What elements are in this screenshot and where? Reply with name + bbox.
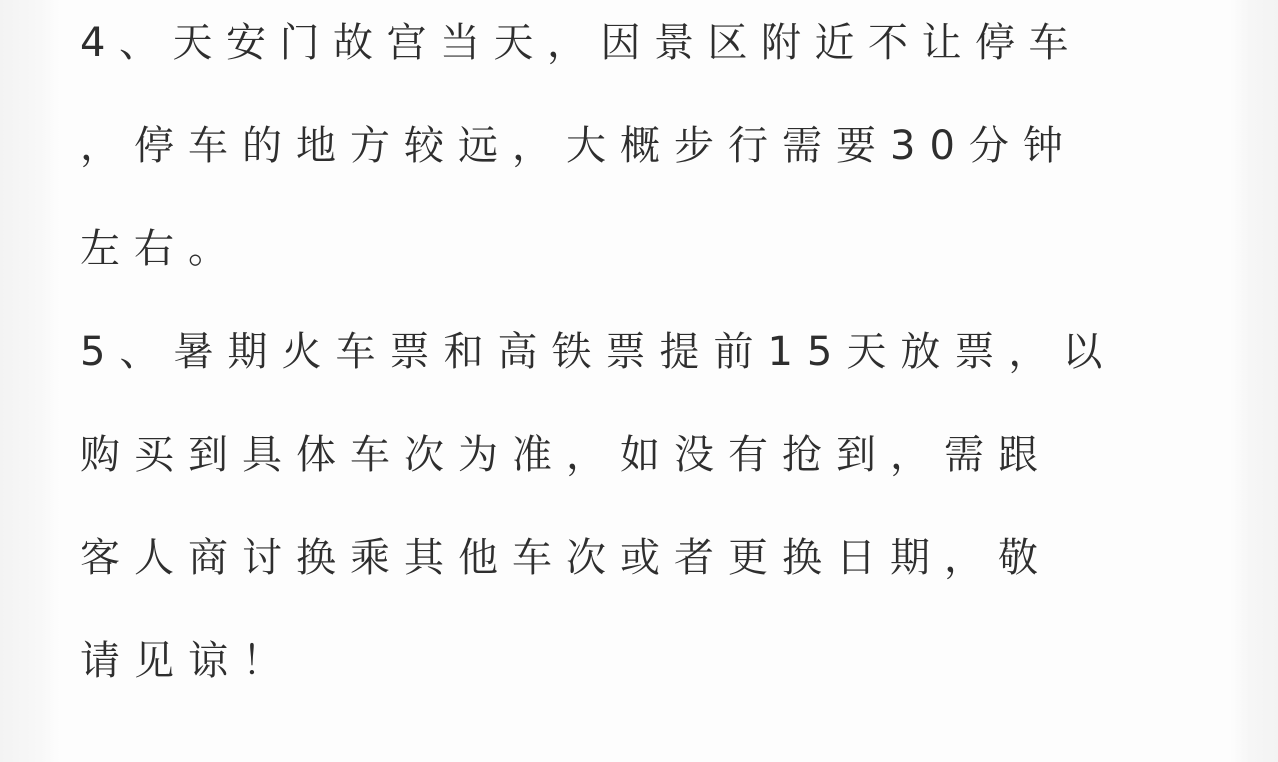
document-page: 4、天安门故宫当天，因景区附近不让停车 ，停车的地方较远，大概步行需要30分钟 … [0,0,1278,762]
notice-item-4: 4、天安门故宫当天，因景区附近不让停车 ，停车的地方较远，大概步行需要30分钟 … [80,6,1180,315]
text-line: ，停车的地方较远，大概步行需要30分钟 [80,109,1180,212]
text-line: 购买到具体车次为准，如没有抢到，需跟 [80,418,1180,521]
text-line: 左右。 [80,212,1180,315]
text-line: 5、暑期火车票和高铁票提前15天放票，以 [80,315,1180,418]
text-line: 客人商讨换乘其他车次或者更换日期，敬 [80,521,1180,624]
notice-text: 4、天安门故宫当天，因景区附近不让停车 ，停车的地方较远，大概步行需要30分钟 … [80,6,1180,727]
text-line: 请见谅！ [80,624,1180,727]
notice-item-5: 5、暑期火车票和高铁票提前15天放票，以 购买到具体车次为准，如没有抢到，需跟 … [80,315,1180,727]
text-line: 4、天安门故宫当天，因景区附近不让停车 [80,6,1180,109]
